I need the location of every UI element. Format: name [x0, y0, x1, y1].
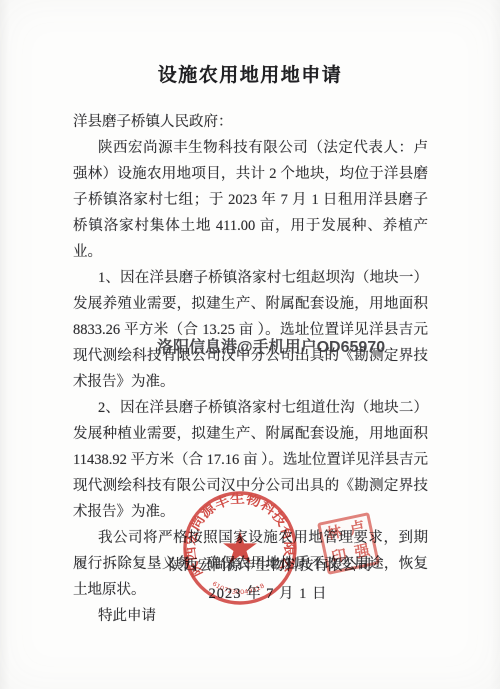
personal-seal-char-top-left: 林	[326, 526, 344, 544]
paragraph-project-overview: 陕西宏尚源丰生物科技有限公司（法定代表人：卢强林）设施农用地项目，共计 2 个地…	[73, 135, 428, 265]
company-round-seal-icon: 陕西宏尚源丰生物科技有限公司 ★ 6107230049318	[181, 489, 299, 607]
salutation-line: 洋县磨子桥镇人民政府：	[73, 109, 428, 135]
document-title: 设施农用地用地申请	[0, 60, 500, 87]
seal-star-icon: ★	[220, 523, 259, 574]
personal-seal-char-bottom-left: 印	[331, 549, 349, 567]
seal-code-text: 6107230049318	[211, 580, 266, 596]
scanned-document-page: 设施农用地用地申请 洋县磨子桥镇人民政府： 陕西宏尚源丰生物科技有限公司（法定代…	[0, 0, 500, 689]
paragraph-plot-one: 1、因在洋县磨子桥镇洛家村七组赵坝沟（地块一）发展养殖业需要，拟建生产、附属配套…	[73, 265, 428, 395]
watermark-text: 洛阳信息港@手机用户OD65970	[157, 334, 385, 357]
personal-square-seal-icon: 林 卢 印 强	[317, 512, 380, 575]
personal-seal-char-bottom-right: 强	[354, 544, 372, 562]
personal-seal-char-top-right: 卢	[349, 521, 367, 539]
